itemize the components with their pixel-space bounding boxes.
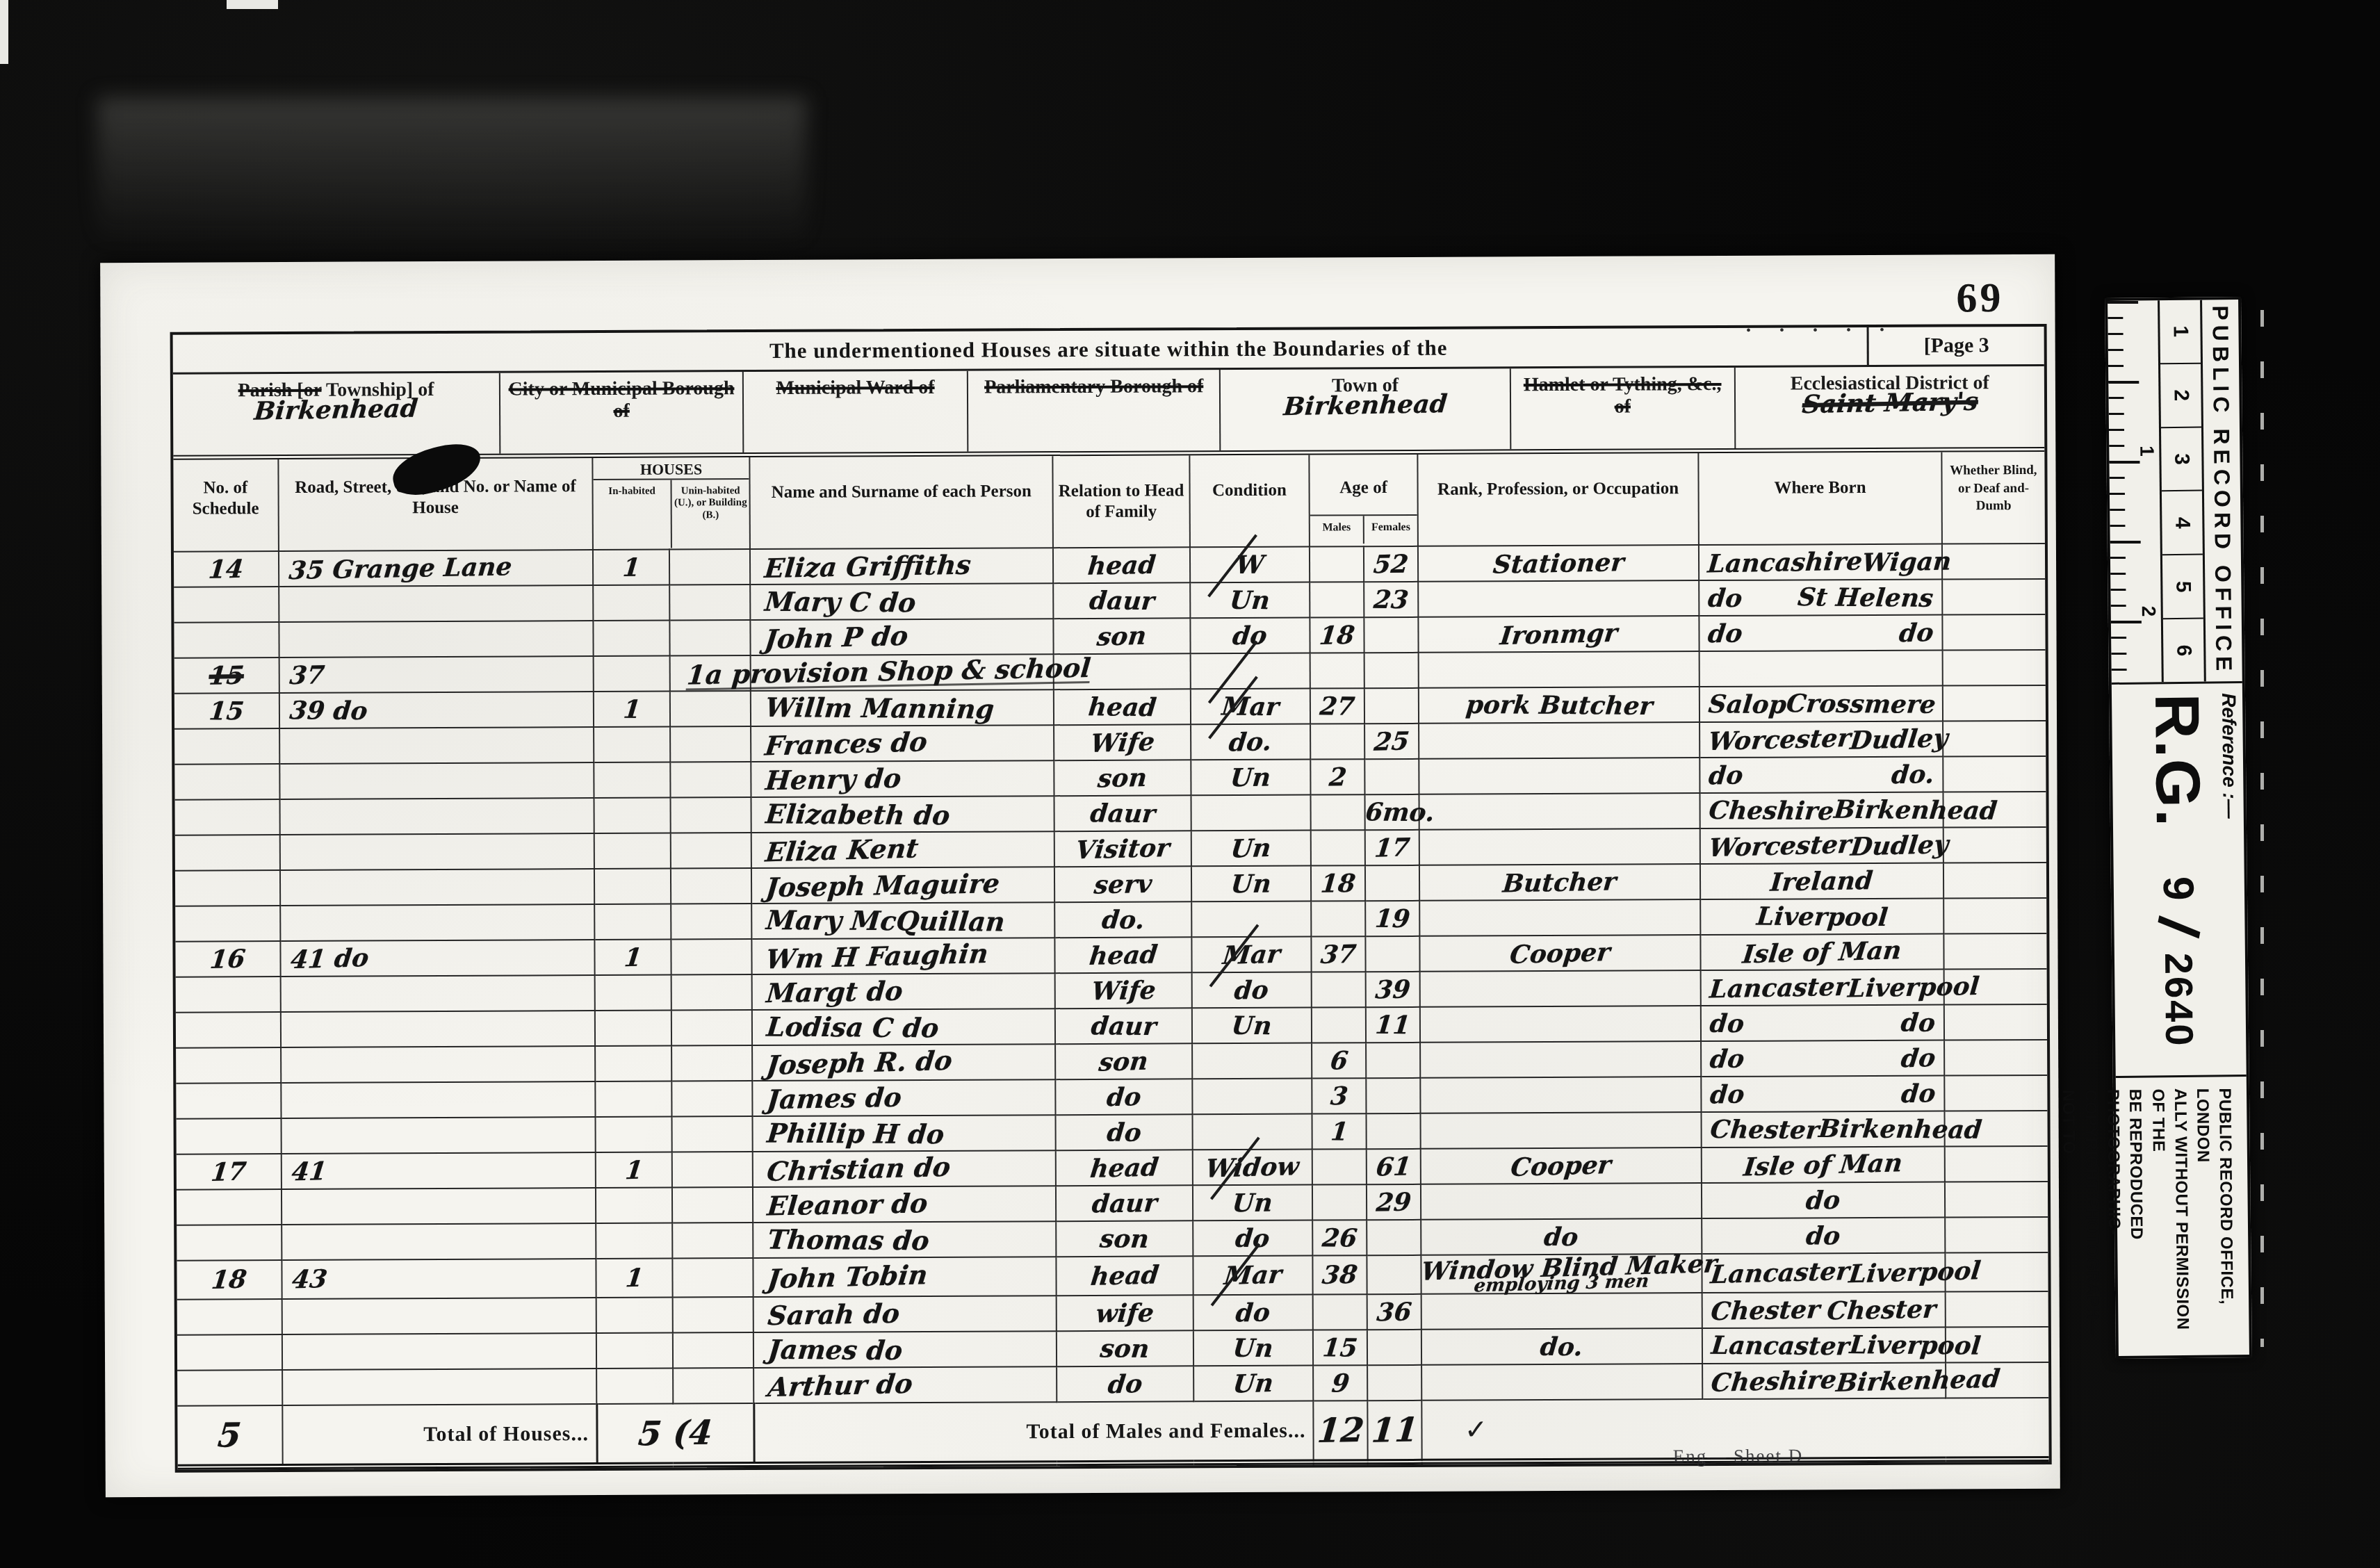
age-female-cell: 52	[1364, 546, 1418, 582]
age-female-cell	[1367, 1220, 1421, 1255]
ruler: PUBLIC RECORD OFFICE 123456 12	[2108, 300, 2242, 685]
condition-cell: Un	[1190, 582, 1310, 619]
age-male-cell: 18	[1311, 865, 1365, 901]
reference-box: Reference :— R.G. 9 / 2640	[2112, 683, 2247, 1078]
condition-cell	[1192, 1043, 1312, 1079]
age-male-cell: 38	[1312, 1255, 1367, 1294]
blind-cell	[1943, 933, 2046, 970]
born-cell: ChesterChester	[1702, 1292, 1946, 1329]
name-cell: Joseph Maguire	[751, 867, 1054, 904]
blind-cell	[1943, 756, 2046, 792]
name-cell: John Tobin	[753, 1257, 1057, 1297]
public-record-office-strip: PUBLIC RECORD OFFICE 123456 12 Reference…	[2105, 297, 2252, 1359]
schedule-cell: 15	[174, 658, 279, 694]
uninhabited-cell	[672, 1152, 753, 1188]
age-male-cell: 1	[1312, 1113, 1366, 1149]
born-cell	[1700, 651, 1943, 687]
inhabited-cell	[594, 869, 671, 904]
uninhabited-cell	[673, 1258, 753, 1298]
condition-cell: Mar	[1191, 689, 1311, 725]
born-cell: doSt Helens	[1699, 580, 1942, 616]
field-handwritten-value: Birkenhead	[1282, 391, 1448, 419]
header-field: Parish [or Township] ofBirkenhead	[173, 373, 501, 455]
inhabited-cell: 1	[594, 940, 671, 975]
schedule-cell: 18	[177, 1260, 282, 1300]
column-headers: No. of Schedule Road, Street, &c., and N…	[173, 452, 2045, 552]
col-males: Males	[1310, 516, 1363, 544]
schedule-cell: 17	[177, 1154, 282, 1190]
road-cell	[281, 1046, 595, 1083]
blind-cell	[1942, 544, 2045, 580]
age-male-cell: 26	[1312, 1220, 1367, 1255]
header-field: Parliamentary Borough of	[968, 370, 1221, 452]
schedule-cell	[176, 977, 281, 1013]
age-male-cell	[1310, 582, 1364, 617]
relation-cell: head	[1053, 547, 1190, 583]
age-female-cell	[1364, 617, 1418, 653]
born-cell: Liverpool	[1700, 899, 1943, 936]
road-cell	[279, 621, 593, 658]
uninhabited-cell	[671, 797, 751, 833]
name-cell: Eliza Griffiths	[750, 548, 1053, 585]
inhabited-cell	[596, 1333, 674, 1369]
blind-cell	[1943, 685, 2046, 721]
schedule-cell	[176, 1012, 281, 1048]
ruler-inch-number: 1	[2135, 446, 2158, 457]
name-cell: James do	[752, 1079, 1055, 1116]
blind-cell	[1945, 1252, 2048, 1292]
occupation-cell	[1419, 828, 1700, 865]
condition-cell: Mar	[1193, 1256, 1313, 1296]
age-female-cell	[1364, 759, 1419, 794]
relation-cell: head	[1055, 937, 1192, 973]
born-cell: SalopCrossmere	[1700, 686, 1943, 723]
inhabited-cell	[594, 833, 671, 869]
age-male-cell: 3	[1312, 1078, 1366, 1113]
schedule-cell	[174, 764, 279, 800]
ruler-number: 4	[2162, 491, 2203, 555]
name-cell: Elizabeth do	[751, 796, 1054, 833]
age-female-cell	[1367, 1330, 1421, 1365]
schedule-cell	[177, 1334, 282, 1371]
name-cell: Lodisa C do	[752, 1008, 1055, 1045]
film-edge-artifact	[0, 0, 8, 64]
occupation-cell	[1421, 1293, 1702, 1330]
inhabited-cell	[595, 1046, 672, 1081]
header-field: Town ofBirkenhead	[1221, 368, 1511, 450]
blind-cell	[1943, 969, 2046, 1005]
road-cell	[279, 762, 594, 799]
col-name: Name and Surname of each Person	[750, 456, 1052, 503]
born-cell: do	[1702, 1218, 1945, 1255]
condition-cell: Un	[1192, 1008, 1312, 1044]
relation-cell: head	[1056, 1150, 1193, 1186]
name-cell: Henry do	[751, 760, 1054, 797]
total-males-females-label: Total of Males and Females...	[1026, 1419, 1305, 1443]
form-title: The undermentioned Houses are situate wi…	[769, 336, 1448, 364]
occupation-cell	[1419, 793, 1700, 830]
ruler-inch-scale: 12	[2108, 300, 2162, 683]
occupation-cell	[1421, 1112, 1702, 1149]
occupation-cell: do.	[1421, 1328, 1702, 1365]
census-scan: . . . . . 69 The undermentioned Houses a…	[0, 0, 2380, 1568]
inhabited-cell	[593, 585, 670, 621]
blind-cell	[1943, 898, 2046, 934]
col-schedule: No. of Schedule	[173, 459, 277, 520]
blind-cell	[1944, 1040, 2047, 1076]
census-table: No. of Schedule Road, Street, &c., and N…	[173, 452, 2048, 1470]
relation-cell: son	[1054, 760, 1191, 796]
census-sheet: . . . . . 69 The undermentioned Houses a…	[100, 254, 2060, 1497]
reference-number: R.G. 9 / 2640	[2140, 693, 2216, 1065]
road-cell	[282, 1369, 596, 1405]
ruler-inch-number: 2	[2137, 605, 2160, 616]
uninhabited-cell	[673, 1368, 753, 1404]
age-male-cell: 6	[1312, 1043, 1366, 1078]
blind-cell	[1943, 721, 2046, 757]
inhabited-cell	[596, 1298, 674, 1333]
relation-cell: son	[1055, 1043, 1192, 1079]
blind-cell	[1946, 1327, 2048, 1363]
series-code: R.G.	[2140, 693, 2213, 828]
born-cell: WorcesterDudley	[1700, 828, 1943, 865]
condition-cell: Un	[1191, 831, 1311, 867]
age-male-cell	[1312, 1184, 1367, 1220]
field-label: City or Municipal Borough of	[500, 377, 742, 423]
col-born: Where Born	[1699, 452, 1941, 500]
relation-cell: do	[1056, 1114, 1193, 1150]
inhabited-cell	[594, 656, 671, 692]
uninhabited-cell	[671, 939, 752, 975]
age-female-cell: 17	[1365, 830, 1419, 865]
blind-cell	[1944, 1075, 2047, 1111]
age-female-cell: 61	[1367, 1149, 1421, 1184]
road-cell	[281, 1011, 595, 1047]
road-cell	[282, 1333, 596, 1370]
age-male-cell: 2	[1310, 759, 1364, 794]
condition-cell: do	[1191, 972, 1312, 1008]
name-cell: Margt do	[752, 973, 1055, 1010]
schedule-cell	[177, 1370, 282, 1406]
occupation-cell	[1421, 1364, 1702, 1400]
field-handwritten-value: Saint Mary's	[1801, 389, 1979, 418]
name-cell: Sarah do	[753, 1296, 1057, 1332]
road-cell: 43	[282, 1259, 596, 1299]
born-cell: CheshireBirkenhead	[1702, 1363, 1946, 1400]
page-label: [Page 3	[1867, 327, 2044, 365]
uninhabited-cell	[670, 726, 751, 762]
relation-cell: head	[1054, 689, 1191, 725]
blind-cell	[1946, 1362, 2048, 1398]
copyright-line: PUBLIC RECORD OFFICE, LONDON	[2191, 1088, 2238, 1344]
age-female-cell: 25	[1364, 724, 1419, 759]
inhabited-cell: 1	[593, 550, 670, 585]
name-cell: Christian do	[753, 1150, 1056, 1187]
born-cell: LancasterLiverpool	[1702, 1328, 1946, 1364]
schedule-cell	[174, 587, 279, 623]
uninhabited-cell	[669, 549, 750, 585]
copyright-line: BE REPRODUCED PHOTOGRAPHIC-	[2101, 1089, 2149, 1346]
age-female-cell	[1366, 1078, 1420, 1113]
condition-cell: Un	[1193, 1330, 1314, 1366]
age-male-cell: 27	[1310, 688, 1364, 724]
header-field: Municipal Ward of	[744, 371, 969, 452]
relation-cell: son	[1056, 1220, 1193, 1257]
age-female-cell	[1365, 865, 1419, 901]
condition-cell: Mar	[1191, 937, 1312, 973]
field-label: Parliamentary Borough of	[968, 375, 1220, 399]
born-cell: Isle of Man	[1702, 1147, 1945, 1184]
occupation-cell: Stationer	[1418, 545, 1699, 582]
total-houses-value: 5 (4	[637, 1416, 714, 1451]
born-cell: dodo	[1699, 615, 1942, 652]
schedule-cell	[175, 835, 280, 871]
total-houses-label: Total of Houses...	[423, 1422, 589, 1446]
col-occupation: Rank, Profession, or Occupation	[1418, 453, 1697, 500]
relation-cell: do	[1055, 1079, 1192, 1115]
occupation-cell: pork Butcher	[1419, 687, 1700, 724]
col-houses-group: HOUSES	[593, 457, 749, 480]
col-females: Females	[1363, 516, 1417, 544]
condition-cell	[1192, 1079, 1312, 1115]
blind-cell	[1942, 614, 2045, 651]
occupation-cell	[1420, 1006, 1701, 1043]
born-cell: LancasterLiverpool	[1701, 970, 1944, 1006]
folio-number: 69	[1956, 274, 2003, 322]
blind-cell	[1944, 1004, 2047, 1040]
ruler-number: 1	[2160, 300, 2201, 364]
born-cell: Ireland	[1700, 863, 1943, 900]
total-males: 12	[1316, 1413, 1365, 1447]
name-cell: Phillip H do	[753, 1115, 1056, 1152]
age-male-cell	[1310, 653, 1364, 688]
name-cell: John P do	[750, 619, 1053, 655]
born-cell: dodo.	[1700, 757, 1943, 794]
road-cell	[282, 1223, 596, 1260]
col-inhabited: In-habited	[594, 480, 671, 548]
name-cell: Eleanor do	[753, 1186, 1056, 1223]
uninhabited-cell	[670, 585, 751, 621]
relation-cell: serv	[1054, 866, 1191, 902]
relation-cell: Wife	[1055, 972, 1192, 1008]
inhabited-cell	[595, 975, 672, 1011]
header-field: Hamlet or Tything, &c., of	[1511, 368, 1736, 449]
name-cell: James do	[753, 1331, 1057, 1368]
inhabited-cell	[596, 1223, 673, 1259]
born-cell: ChesterBirkenhead	[1701, 1111, 1944, 1148]
blind-cell	[1945, 1146, 2048, 1182]
age-female-cell	[1367, 1113, 1421, 1149]
relation-cell: son	[1057, 1330, 1193, 1366]
uninhabited-cell	[670, 691, 751, 727]
uninhabited-cell	[671, 833, 751, 869]
name-cell: Wm H Faughin	[752, 938, 1055, 974]
schedule-cell: 15	[174, 693, 279, 729]
name-cell: Mary McQuillan	[751, 902, 1054, 939]
condition-cell: do.	[1191, 724, 1311, 760]
relation-cell: daur	[1053, 582, 1190, 619]
condition-cell: Widow	[1192, 1150, 1312, 1186]
schedule-cell	[175, 870, 280, 906]
age-male-cell	[1312, 972, 1366, 1007]
age-female-cell	[1365, 936, 1419, 972]
occupation-cell: Cooper	[1420, 935, 1701, 972]
name-cell: Thomas do	[753, 1221, 1056, 1258]
uninhabited-cell	[671, 762, 751, 798]
uninhabited-cell	[672, 1116, 753, 1152]
road-cell: 39 do	[279, 692, 594, 728]
road-cell	[280, 869, 594, 906]
condition-cell: do	[1190, 618, 1310, 654]
field-handwritten-value: Birkenhead	[254, 396, 419, 424]
occupation-cell	[1420, 1041, 1701, 1078]
road-cell	[280, 904, 594, 941]
pro-office-title: PUBLIC RECORD OFFICE	[2200, 300, 2242, 682]
born-cell: LancashireWigan	[1699, 544, 1942, 581]
road-cell	[281, 1081, 595, 1118]
uninhabited-cell	[671, 1045, 752, 1081]
sheet-imprint: Eng— Sheet D	[1673, 1445, 1804, 1467]
col-blind: Whether Blind, or Deaf and-Dumb	[1942, 452, 2045, 516]
age-male-cell	[1311, 901, 1365, 936]
ruler-cm-scale: 123456	[2158, 300, 2204, 683]
age-female-cell	[1364, 688, 1419, 724]
occupation-cell: Ironmgr	[1419, 616, 1700, 653]
road-cell	[280, 975, 594, 1012]
uninhabited-cell	[671, 1010, 752, 1046]
film-edge-artifact	[227, 0, 278, 9]
road-cell: 41 do	[280, 940, 594, 977]
inhabited-cell	[594, 727, 671, 762]
schedule-cell: 14	[174, 551, 279, 587]
occupation-cell	[1419, 758, 1700, 794]
born-cell: dodo	[1701, 1040, 1944, 1077]
relation-cell	[1054, 653, 1191, 689]
born-cell: CheshireBirkenhead	[1700, 792, 1943, 829]
name-cell: Joseph R. do	[752, 1044, 1055, 1081]
born-cell: do	[1702, 1182, 1945, 1219]
ruler-number: 5	[2162, 555, 2203, 619]
inhabited-cell: 1	[594, 692, 671, 727]
blind-cell	[1943, 827, 2046, 863]
blind-cell	[1945, 1182, 2048, 1218]
inhabited-cell	[596, 1117, 673, 1152]
condition-cell: Un	[1191, 760, 1311, 796]
age-female-cell	[1367, 1255, 1421, 1294]
name-cell: Frances do	[751, 725, 1054, 762]
uninhabited-cell	[673, 1297, 753, 1333]
ruler-number: 3	[2161, 427, 2202, 491]
name-cell: Willm Manning	[751, 689, 1054, 726]
road-cell: 35 Grange Lane	[279, 550, 593, 587]
inhabited-cell	[593, 621, 670, 656]
born-cell: Isle of Man	[1700, 934, 1943, 971]
age-male-cell: 18	[1310, 617, 1364, 653]
condition-cell: W	[1190, 547, 1310, 583]
relation-cell: do.	[1054, 901, 1191, 938]
name-cell: 1a provision Shop & school	[751, 654, 1054, 691]
age-male-cell: 37	[1311, 936, 1365, 972]
col-uninhabited: Unin-habited (U.), or Building (B.)	[671, 480, 749, 548]
name-cell: Eliza Kent	[751, 831, 1054, 868]
condition-cell: Un	[1193, 1185, 1313, 1221]
name-cell: Arthur do	[753, 1366, 1057, 1403]
age-female-cell: 11	[1366, 1007, 1420, 1043]
road-cell	[279, 727, 594, 764]
name-cell: Mary C do	[750, 583, 1053, 620]
schedule-cell	[174, 622, 279, 658]
relation-cell: daur	[1055, 1008, 1192, 1044]
inhabited-cell	[594, 798, 671, 833]
uninhabited-cell	[671, 868, 751, 904]
uninhabited-cell	[673, 1223, 753, 1259]
age-female-cell: 39	[1366, 972, 1420, 1007]
age-female-cell: 36	[1367, 1294, 1421, 1330]
schedule-cell	[177, 1189, 282, 1225]
uninhabited-cell	[670, 620, 751, 656]
born-cell: LancasterLiverpool	[1702, 1253, 1945, 1293]
occupation-cell: do	[1421, 1218, 1702, 1255]
ruler-number: 6	[2163, 619, 2204, 682]
road-cell: 37	[279, 656, 593, 693]
occupation-cell	[1420, 1077, 1701, 1113]
uninhabited-cell	[672, 1081, 753, 1117]
field-label: Municipal Ward of	[744, 377, 967, 400]
age-female-cell	[1366, 1043, 1420, 1078]
occupation-cell	[1419, 722, 1700, 759]
relation-cell: Visitor	[1054, 831, 1191, 867]
piece-number: 9	[2153, 876, 2203, 901]
total-schedules: 5	[217, 1419, 243, 1453]
schedule-cell	[177, 1299, 282, 1335]
relation-cell: head	[1057, 1256, 1193, 1296]
occupation-cell	[1419, 651, 1700, 688]
uninhabited-cell	[671, 974, 752, 1011]
occupation-cell	[1421, 1183, 1702, 1220]
pro-label: PUBLIC RECORD OFFICE 123456 12 Reference…	[2108, 300, 2249, 1356]
age-male-cell	[1313, 1294, 1367, 1330]
age-female-cell	[1367, 1365, 1421, 1400]
occupation-cell: Butcher	[1419, 864, 1700, 901]
paper-shadow	[97, 97, 806, 271]
schedule-cell	[176, 1083, 281, 1119]
uninhabited-cell	[672, 1187, 753, 1223]
age-male-cell: 9	[1313, 1365, 1367, 1400]
road-cell	[281, 1117, 595, 1154]
road-cell	[279, 585, 593, 622]
condition-cell	[1191, 795, 1311, 831]
relation-cell: do	[1057, 1366, 1193, 1402]
inhabited-cell	[596, 1369, 674, 1404]
inhabited-cell	[595, 1081, 672, 1117]
inhabited-cell	[594, 904, 671, 940]
relation-cell: daur	[1054, 795, 1191, 831]
age-male-cell	[1311, 830, 1365, 865]
road-cell: 41	[281, 1152, 595, 1189]
condition-cell: do	[1193, 1295, 1313, 1331]
uninhabited-cell	[671, 904, 752, 940]
schedule-cell	[176, 1047, 281, 1084]
ruler-number: 2	[2160, 364, 2201, 427]
age-female-cell	[1364, 653, 1419, 688]
blind-cell	[1943, 792, 2046, 828]
copyright-line: ALLY WITHOUT PERMISSION OF THE	[2146, 1088, 2193, 1345]
col-condition: Condition	[1190, 455, 1309, 502]
census-form: The undermentioned Houses are situate wi…	[170, 324, 2052, 1473]
schedule-cell	[174, 728, 279, 765]
age-male-cell	[1310, 724, 1364, 759]
film-perforation-marks	[2260, 310, 2264, 1347]
